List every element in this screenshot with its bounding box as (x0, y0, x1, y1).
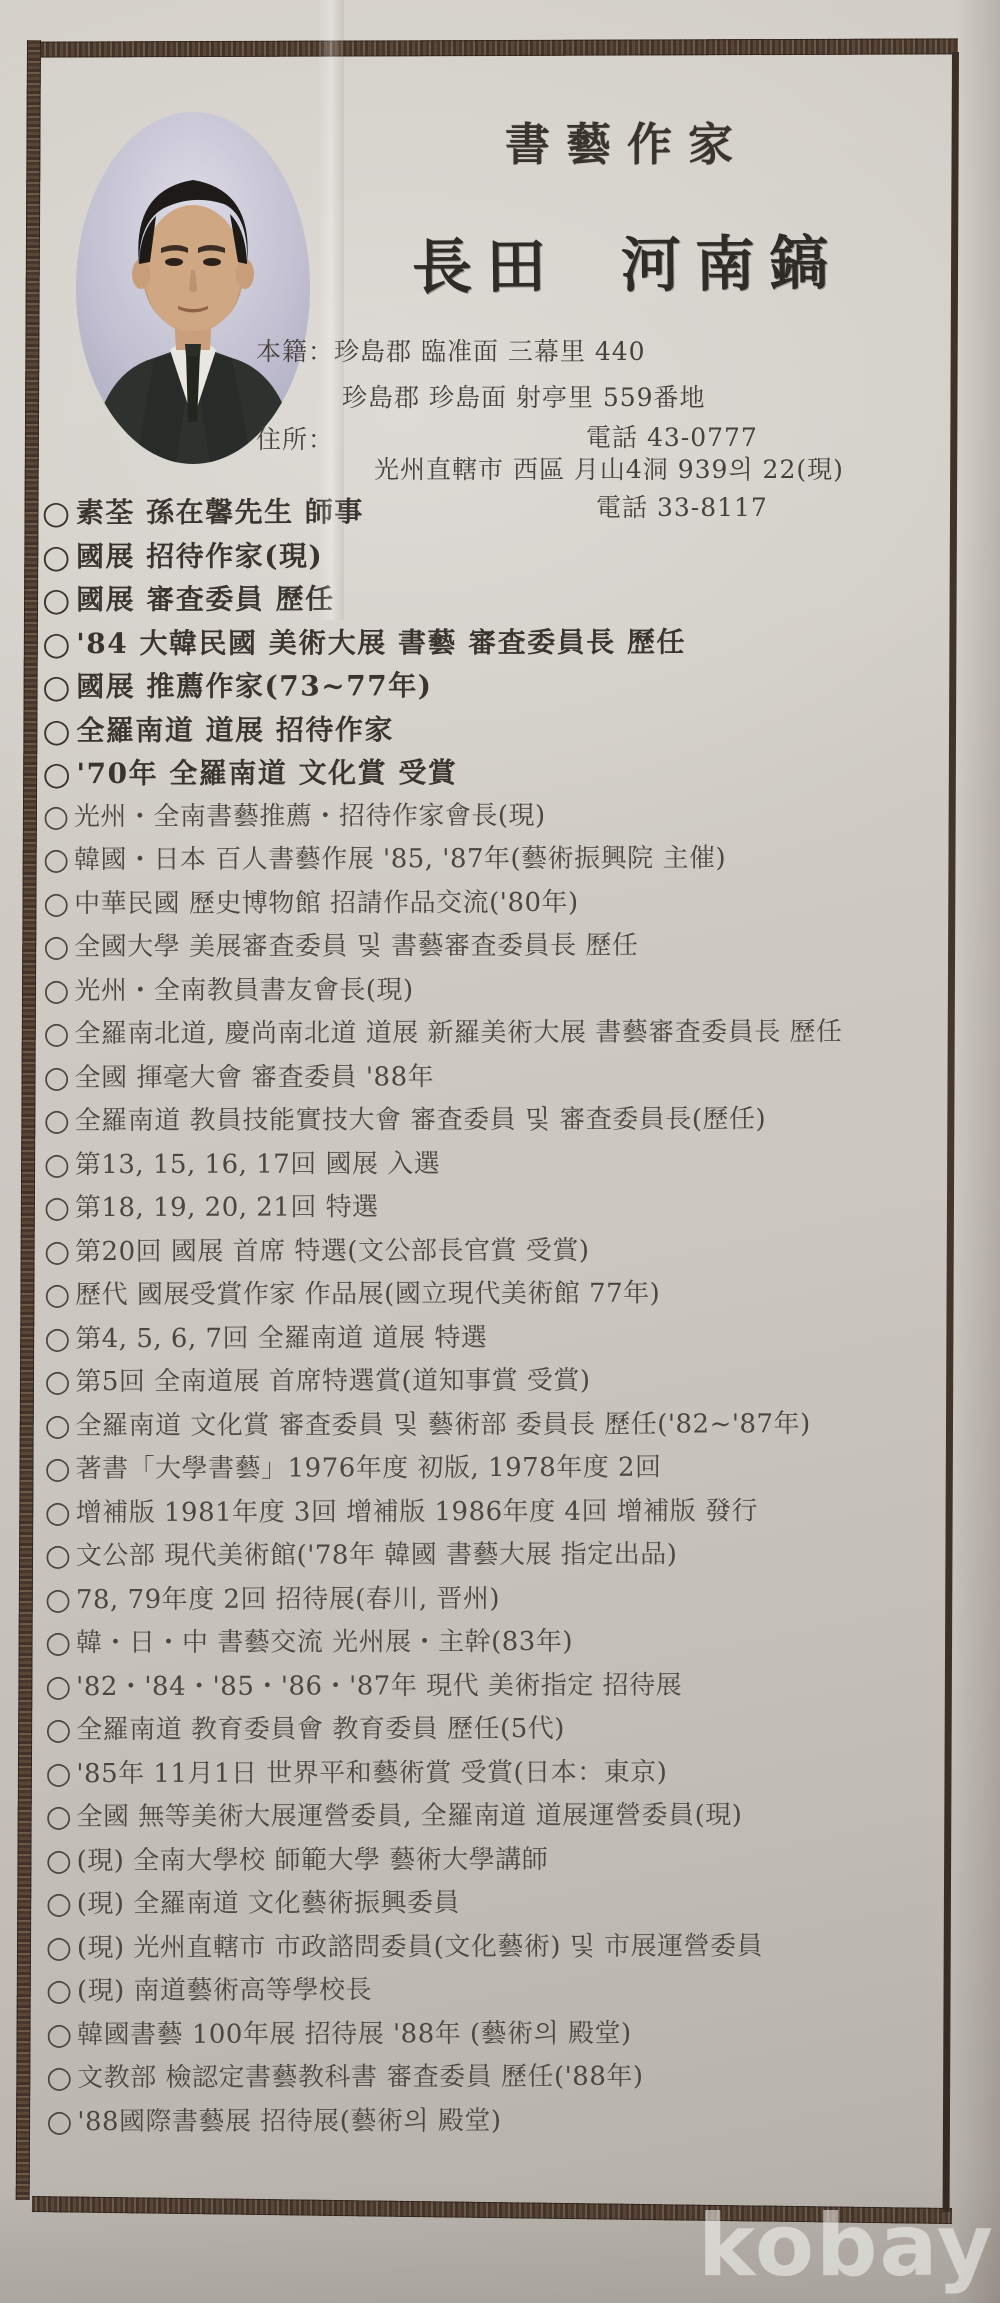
achievement-text: '70年 全羅南道 文化賞 受賞 (76, 756, 457, 790)
registry-value: 珍島郡 臨准面 三幕里 440 (334, 337, 646, 366)
achievement-item: ○著書「大學書藝」1976年度 初版, 1978年度 2回 (46, 1446, 958, 1492)
border-left-scroll-pattern (16, 40, 41, 2200)
achievement-item: ○光州・全南教員書友會長(現) (45, 967, 957, 1013)
achievement-item: ○第20回 國展 首席 特選(文公部長官賞 受賞) (46, 1228, 958, 1274)
achievement-text: 中華民國 歷史博物館 招請作品交流('80年) (74, 887, 579, 918)
kobay-watermark: kobay (698, 2196, 995, 2296)
achievement-text: 國展 推薦作家(73~77年) (76, 669, 432, 703)
circle-bullet: ○ (44, 1271, 71, 1321)
achievement-item: ○(現) 全南大學校 師範大學 藝術大學講師 (47, 1837, 959, 1883)
achievement-item: ○增補版 1981年度 3回 增補版 1986年度 4回 增補版 發行 (46, 1489, 958, 1535)
achievement-text: (現) 全南大學校 師範大學 藝術大學講師 (77, 1844, 549, 1875)
achievement-text: (現) 光州直轄市 市政諮問委員(文化藝術) 및 市展運營委員 (77, 1931, 763, 1963)
achievement-text: 歷代 國展受賞作家 作品展(國立現代美術館 77年) (75, 1279, 660, 1311)
circle-bullet: ○ (43, 749, 73, 799)
circle-bullet: ○ (42, 488, 72, 538)
achievement-text: 第5回 全南道展 首席特選賞(道知事賞 受賞) (75, 1366, 590, 1397)
achievement-item: ○全羅南北道, 慶尚南北道 道展 新羅美術大展 書藝審査委員長 歷任 (45, 1011, 957, 1057)
portrait-photo (76, 112, 310, 464)
achievement-item: ○第18, 19, 20, 21回 特選 (46, 1185, 958, 1231)
circle-bullet: ○ (42, 662, 72, 712)
circle-bullet: ○ (45, 1532, 72, 1582)
registry-line: 本籍：珍島郡 臨准面 三幕里 440 (256, 332, 646, 368)
circle-bullet: ○ (43, 1010, 70, 1060)
achievement-item: ○'70年 全羅南道 文化賞 受賞 (45, 750, 957, 796)
achievement-item: ○'84 大韓民國 美術大展 書藝 審査委員長 歷任 (44, 619, 956, 665)
achievement-item: ○'85年 11月1日 世界平和藝術賞 受賞(日本：東京) (47, 1750, 959, 1796)
achievement-item: ○全羅南道 教員技能實技大會 審査委員 및 審査委員長(歷任) (45, 1098, 957, 1144)
achievement-item: ○第13, 15, 16, 17回 國展 入選 (46, 1141, 958, 1187)
achievement-item: ○全羅南道 文化賞 審査委員 및 藝術部 委員長 歷任('82~'87年) (46, 1402, 958, 1448)
circle-bullet: ○ (46, 2097, 73, 2147)
achievement-text: '88國際書藝展 招待展(藝術의 殿堂) (77, 2106, 501, 2137)
achievement-item: ○韓・日・中 書藝交流 光州展・主幹(83年) (47, 1620, 959, 1666)
achievement-item: ○國展 推薦作家(73~77年) (44, 663, 956, 709)
circle-bullet: ○ (46, 2054, 73, 2104)
achievement-text: 第20回 國展 首席 特選(文公部長官賞 受賞) (75, 1235, 590, 1266)
achievement-text: 全羅南道 教員技能實技大會 審査委員 및 審査委員長(歷任) (75, 1104, 767, 1136)
circle-bullet: ○ (45, 1445, 72, 1495)
achievement-text: 全國 揮毫大會 審査委員 '88年 (75, 1062, 435, 1093)
achievement-item: ○文教部 檢認定書藝教科書 審査委員 歷任('88年) (48, 2055, 960, 2101)
achievement-text: 第18, 19, 20, 21回 特選 (75, 1192, 379, 1223)
achievement-list: ○素荃 孫在馨先生 師事○國展 招待作家(現)○國展 審査委員 歷任○'84 大… (44, 489, 960, 2144)
achievement-item: ○全國大學 美展審査委員 및 書藝審査委員長 歷任 (45, 924, 957, 970)
achievement-text: 韓國書藝 100年展 招待展 '88年 (藝術의 殿堂) (77, 2018, 632, 2049)
achievement-item: ○全羅南道 道展 招待作家 (44, 706, 956, 752)
achievement-item: ○全國 無等美術大展運營委員, 全羅南道 道展運營委員(現) (47, 1794, 959, 1840)
achievement-text: 全國 無等美術大展運營委員, 全羅南道 道展運營委員(現) (76, 1800, 742, 1832)
circle-bullet: ○ (44, 1184, 71, 1234)
achievement-text: 國展 招待作家(現) (76, 539, 323, 573)
achievement-item: ○全國 揮毫大會 審査委員 '88年 (45, 1054, 957, 1100)
circle-bullet: ○ (43, 923, 70, 973)
photo-shadow-right (955, 0, 1000, 2303)
achievement-text: 第4, 5, 6, 7回 全羅南道 道展 特選 (75, 1323, 487, 1354)
registry-line2: 珍島郡 珍島面 射亭里 559番地 (342, 378, 706, 414)
achievement-item: ○(現) 光州直轄市 市政諮問委員(文化藝術) 및 市展運營委員 (48, 1924, 960, 1970)
address-line: 光州直轄市 西區 月山4洞 939의 22(現) (374, 450, 844, 486)
achievement-item: ○(現) 南道藝術高等學校長 (48, 1968, 960, 2014)
achievement-item: ○國展 招待作家(現) (44, 532, 956, 578)
portrait-illustration (76, 112, 310, 464)
circle-bullet: ○ (44, 1358, 71, 1408)
achievement-text: 第13, 15, 16, 17回 國展 入選 (75, 1149, 441, 1180)
paper-crease (318, 0, 344, 620)
achievement-text: 增補版 1981年度 3回 增補版 1986年度 4回 增補版 發行 (76, 1496, 758, 1528)
achievement-item: ○'82・'84・'85・'86・'87年 現代 美術指定 招待展 (47, 1663, 959, 1709)
circle-bullet: ○ (46, 1880, 73, 1930)
achievement-item: ○第4, 5, 6, 7回 全羅南道 道展 特選 (46, 1315, 958, 1361)
achievement-text: 全羅南道 道展 招待作家 (76, 713, 394, 747)
artist-name-calligraphy: 長田 河南鎬 (412, 216, 844, 307)
achievement-text: 韓國・日本 百人書藝作展 '85, '87年(藝術振興院 主催) (74, 843, 726, 875)
achievement-item: ○78, 79年度 2回 招待展(春川, 晋州) (47, 1576, 959, 1622)
page-title: 書藝作家 (505, 108, 749, 173)
achievement-text: '84 大韓民國 美術大展 書藝 審査委員長 歷任 (76, 625, 686, 660)
achievement-text: 文公部 現代美術館('78年 韓國 書藝大展 指定出品) (76, 1540, 678, 1572)
achievement-item: ○素荃 孫在馨先生 師事 (44, 489, 956, 535)
circle-bullet: ○ (45, 1619, 72, 1669)
achievement-item: ○光州・全南書藝推薦・招待作家會長(現) (45, 793, 957, 839)
achievement-text: 文教部 檢認定書藝教科書 審査委員 歷任('88年) (77, 2062, 643, 2093)
achievement-item: ○歷代 國展受賞作家 作品展(國立現代美術館 77年) (46, 1272, 958, 1318)
achievement-text: '82・'84・'85・'86・'87年 現代 美術指定 招待展 (76, 1670, 682, 1702)
achievement-item: ○第5回 全南道展 首席特選賞(道知事賞 受賞) (46, 1359, 958, 1405)
achievement-text: 著書「大學書藝」1976年度 初版, 1978年度 2回 (76, 1453, 662, 1485)
achievement-text: 光州・全南教員書友會長(現) (74, 975, 413, 1006)
circle-bullet: ○ (46, 1967, 73, 2017)
phone-number-1: 電話 43-0777 (586, 418, 758, 454)
achievement-text: 全羅南北道, 慶尚南北道 道展 新羅美術大展 書藝審査委員長 歷任 (74, 1017, 842, 1049)
achievement-item: ○全羅南道 教育委員會 教育委員 歷任(5代) (47, 1707, 959, 1753)
achievement-item: ○韓國書藝 100年展 招待展 '88年 (藝術의 殿堂) (48, 2011, 960, 2057)
circle-bullet: ○ (43, 836, 70, 886)
achievement-item: ○文公部 現代美術館('78年 韓國 書藝大展 指定出品) (47, 1533, 959, 1579)
achievement-text: '85年 11月1日 世界平和藝術賞 受賞(日本：東京) (76, 1757, 667, 1789)
achievement-item: ○'88國際書藝展 招待展(藝術의 殿堂) (48, 2098, 960, 2144)
achievement-text: (現) 南道藝術高等學校長 (77, 1975, 372, 2006)
achievement-item: ○(現) 全羅南道 文化藝術振興委員 (47, 1881, 959, 1927)
achievement-item: ○國展 審査委員 歷任 (44, 576, 956, 622)
circle-bullet: ○ (45, 1706, 72, 1756)
achievement-text: 78, 79年度 2回 招待展(春川, 晋州) (76, 1584, 500, 1615)
document-photo: 書藝作家 長田 河南鎬 本籍：珍島郡 臨准面 三幕里 440 珍島郡 珍島面 射… (0, 0, 1000, 2303)
achievement-text: 韓・日・中 書藝交流 光州展・主幹(83年) (76, 1627, 573, 1658)
achievement-text: 全國大學 美展審査委員 및 書藝審査委員長 歷任 (74, 931, 638, 962)
circle-bullet: ○ (42, 575, 72, 625)
achievement-text: 全羅南道 教育委員會 教育委員 歷任(5代) (76, 1714, 565, 1745)
circle-bullet: ○ (46, 1793, 73, 1843)
achievement-text: 國展 審査委員 歷任 (76, 582, 335, 616)
circle-bullet: ○ (44, 1097, 71, 1147)
achievement-text: (現) 全羅南道 文化藝術振興委員 (77, 1888, 460, 1919)
achievement-text: 全羅南道 文化賞 審査委員 및 藝術部 委員長 歷任('82~'87年) (75, 1409, 810, 1441)
achievement-item: ○中華民國 歷史博物館 招請作品交流('80年) (45, 880, 957, 926)
achievement-item: ○韓國・日本 百人書藝作展 '85, '87年(藝術振興院 主催) (45, 837, 957, 883)
achievement-text: 光州・全南書藝推薦・招待作家會長(現) (74, 800, 546, 831)
border-top-scroll-pattern (30, 38, 958, 57)
